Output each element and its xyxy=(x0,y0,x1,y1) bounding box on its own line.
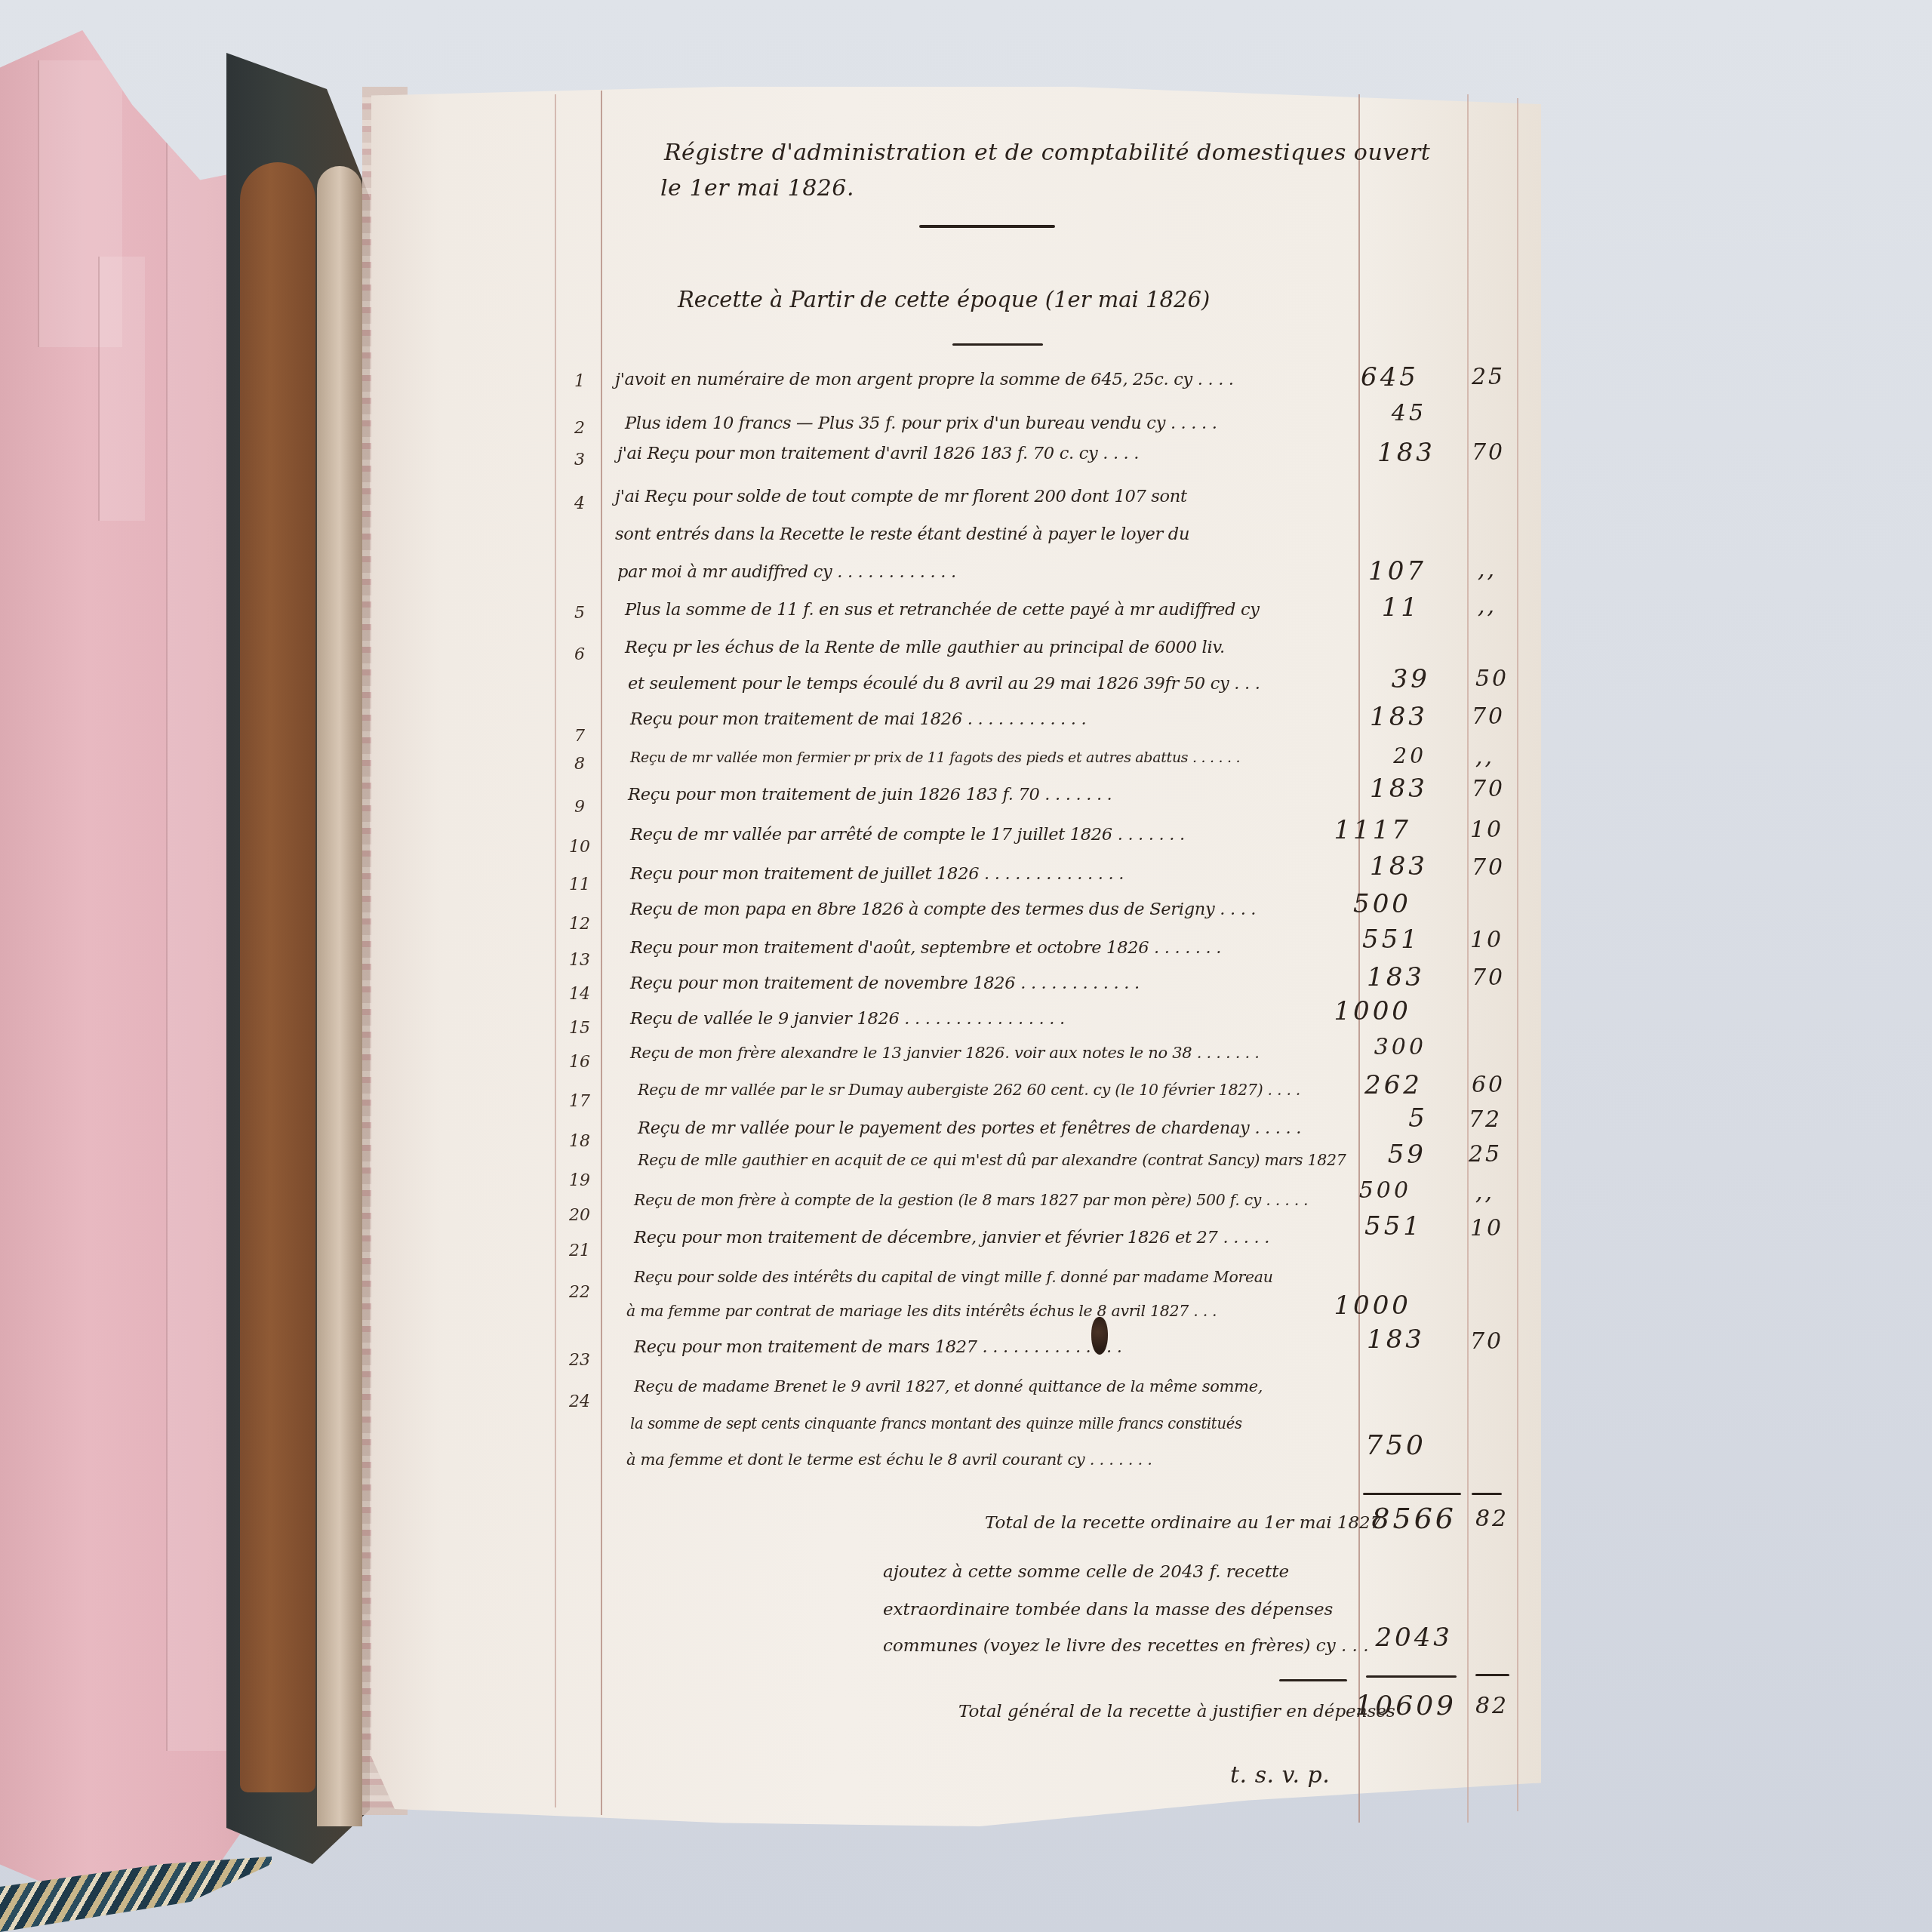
entry-text: Plus la somme de 11 f. en sus et retranc… xyxy=(625,600,1260,620)
entry-text: j'avoit en numéraire de mon argent propr… xyxy=(615,370,1234,389)
extra-receipt-line: extraordinaire tombée dans la masse des … xyxy=(883,1600,1333,1620)
entry-francs: 107 xyxy=(1313,556,1426,586)
margin-rule-inner xyxy=(601,91,602,1815)
title-underline xyxy=(919,225,1055,228)
total-rule-centimes xyxy=(1472,1493,1502,1495)
entry-number: 15 xyxy=(565,1019,595,1038)
total-rule-francs xyxy=(1363,1493,1461,1495)
entry-centimes: 25 xyxy=(1469,1141,1521,1168)
entry-text: j'ai Reçu pour mon traitement d'avril 18… xyxy=(617,444,1139,463)
entry-centimes: 10 xyxy=(1470,1215,1523,1241)
entry-francs: 300 xyxy=(1313,1034,1426,1060)
torn-page-fragment xyxy=(98,257,145,521)
entry-text: Reçu de mr vallée pour le payement des p… xyxy=(638,1118,1301,1138)
entry-number: 10 xyxy=(565,838,595,857)
entry-number: 5 xyxy=(565,604,595,623)
entry-number: 3 xyxy=(565,451,595,469)
entry-number: 4 xyxy=(565,494,595,513)
entry-centimes: 50 xyxy=(1475,666,1528,692)
entry-text: Reçu de mlle gauthier en acquit de ce qu… xyxy=(638,1151,1346,1169)
entry-francs: 183 xyxy=(1315,702,1428,732)
entry-text: Reçu pour mon traitement de juillet 1826… xyxy=(630,864,1124,884)
entry-text: Reçu de mr vallée par le sr Dumay auberg… xyxy=(638,1081,1300,1099)
entry-number: 1 xyxy=(565,372,595,391)
footer-note: t. s. v. p. xyxy=(1230,1762,1330,1789)
subtitle-underline xyxy=(952,343,1043,346)
general-total-label: Total général de la recette à justifier … xyxy=(958,1702,1395,1721)
entry-francs: 551 xyxy=(1307,924,1420,955)
entry-text: par moi à mr audiffred cy . . . . . . . … xyxy=(617,562,956,582)
entry-francs: 45 xyxy=(1313,400,1426,426)
entry-francs: 183 xyxy=(1315,851,1428,881)
entry-francs: 1000 xyxy=(1298,1291,1411,1321)
entry-number: 6 xyxy=(565,645,595,664)
margin-rule-outer xyxy=(555,94,556,1807)
entry-text: Reçu de mr vallée mon fermier pr prix de… xyxy=(630,749,1240,766)
entry-francs: 183 xyxy=(1315,774,1428,804)
entry-number: 20 xyxy=(565,1206,595,1225)
entry-text: Plus idem 10 francs — Plus 35 f. pour pr… xyxy=(625,414,1217,433)
entry-francs: 750 xyxy=(1313,1430,1426,1461)
entry-text: Reçu de madame Brenet le 9 avril 1827, e… xyxy=(634,1377,1263,1395)
general-rule-centimes xyxy=(1475,1674,1509,1676)
entry-number: 7 xyxy=(565,727,595,746)
entry-text: Reçu pour mon traitement de juin 1826 18… xyxy=(628,785,1112,804)
entry-text: Reçu de mon frère à compte de la gestion… xyxy=(634,1191,1308,1209)
entry-number: 14 xyxy=(565,985,595,1004)
entry-centimes: 10 xyxy=(1470,817,1523,843)
general-rule-francs xyxy=(1366,1675,1457,1678)
entry-number: 8 xyxy=(565,755,595,774)
entry-text: Reçu de vallée le 9 janvier 1826 . . . .… xyxy=(630,1009,1065,1029)
spine-lining xyxy=(317,166,362,1826)
entry-number: 12 xyxy=(565,915,595,934)
entry-text: Reçu de mon frère alexandre le 13 janvie… xyxy=(630,1044,1260,1062)
entry-francs: 11 xyxy=(1307,592,1420,623)
entry-text: Reçu pour mon traitement de novembre 182… xyxy=(630,974,1140,993)
entry-centimes: ,, xyxy=(1478,592,1531,619)
entry-francs: 500 xyxy=(1298,889,1411,919)
entry-text: à ma femme et dont le terme est échu le … xyxy=(626,1451,1152,1469)
ordinary-total-label: Total de la recette ordinaire au 1er mai… xyxy=(985,1513,1381,1533)
entry-number: 24 xyxy=(565,1392,595,1411)
entry-number: 19 xyxy=(565,1171,595,1190)
entry-text: à ma femme par contrat de mariage les di… xyxy=(626,1302,1217,1320)
entry-number: 17 xyxy=(565,1092,595,1111)
section-subtitle: Recette à Partir de cette époque (1er ma… xyxy=(678,287,1210,312)
entry-francs: 59 xyxy=(1313,1140,1426,1170)
entry-centimes: 70 xyxy=(1472,854,1524,881)
extra-receipt-francs: 2043 xyxy=(1340,1623,1453,1653)
general-total-centimes: 82 xyxy=(1475,1693,1528,1719)
entry-centimes: 60 xyxy=(1472,1072,1524,1098)
entry-francs: 645 xyxy=(1306,362,1419,392)
centimes-column-rule xyxy=(1467,94,1469,1823)
entry-text: Reçu pour mon traitement de mars 1827 . … xyxy=(634,1337,1122,1357)
entry-number: 23 xyxy=(565,1351,595,1370)
entry-centimes: 70 xyxy=(1472,776,1524,802)
general-total-francs: 10609 xyxy=(1343,1690,1457,1721)
entry-centimes: 70 xyxy=(1470,1328,1523,1355)
entry-text: j'ai Reçu pour solde de tout compte de m… xyxy=(615,487,1187,506)
entry-text: Reçu pr les échus de la Rente de mlle ga… xyxy=(625,638,1225,657)
entry-francs: 1000 xyxy=(1298,996,1411,1026)
entry-number: 22 xyxy=(565,1283,595,1302)
entry-centimes: ,, xyxy=(1478,556,1531,583)
entry-francs: 39 xyxy=(1317,664,1430,694)
entry-text: Reçu de mr vallée par arrêté de compte l… xyxy=(630,825,1185,844)
entry-number: 21 xyxy=(565,1241,595,1260)
right-margin-rule xyxy=(1517,98,1518,1811)
entry-number: 11 xyxy=(565,875,595,894)
entry-francs: 183 xyxy=(1312,1324,1425,1355)
entry-text: Reçu pour mon traitement de décembre, ja… xyxy=(634,1228,1269,1247)
entry-centimes: 72 xyxy=(1469,1106,1521,1133)
extra-receipt-line: communes (voyez le livre des recettes en… xyxy=(883,1636,1369,1656)
entry-number: 2 xyxy=(565,419,595,438)
entry-text: Reçu pour mon traitement d'août, septemb… xyxy=(630,938,1221,958)
entry-centimes: 25 xyxy=(1472,364,1524,390)
entry-text: Reçu pour solde des intérêts du capital … xyxy=(634,1268,1273,1286)
entry-francs: 500 xyxy=(1298,1177,1411,1204)
entry-number: 9 xyxy=(565,798,595,817)
entry-centimes: 70 xyxy=(1472,439,1524,466)
ordinary-total-centimes: 82 xyxy=(1475,1506,1528,1532)
entry-text: Reçu pour mon traitement de mai 1826 . .… xyxy=(630,709,1086,729)
entry-text: la somme de sept cents cinquante francs … xyxy=(630,1415,1242,1432)
entry-francs: 5 xyxy=(1315,1103,1428,1134)
entry-text: sont entrés dans la Recette le reste éta… xyxy=(615,525,1189,544)
entry-francs: 551 xyxy=(1309,1211,1423,1241)
entry-centimes: 70 xyxy=(1472,964,1524,991)
entry-number: 18 xyxy=(565,1132,595,1151)
entry-francs: 1117 xyxy=(1298,815,1411,845)
register-title-line1: Régistre d'administration et de comptabi… xyxy=(664,140,1430,166)
entry-text: Reçu de mon papa en 8bre 1826 à compte d… xyxy=(630,900,1256,919)
entry-centimes: ,, xyxy=(1475,743,1528,770)
entry-number: 16 xyxy=(565,1053,595,1072)
register-title-line2: le 1er mai 1826. xyxy=(660,175,854,202)
ordinary-total-francs: 8566 xyxy=(1343,1502,1457,1535)
spine-board xyxy=(240,162,315,1792)
entry-francs: 183 xyxy=(1322,438,1435,468)
entry-text: et seulement pour le temps écoulé du 8 a… xyxy=(628,674,1260,694)
entry-francs: 262 xyxy=(1309,1070,1423,1100)
entry-francs: 20 xyxy=(1313,743,1426,768)
amount-column-rule xyxy=(1358,94,1360,1823)
entry-centimes: 70 xyxy=(1472,703,1524,730)
entry-centimes: 10 xyxy=(1470,927,1523,953)
entry-number: 13 xyxy=(565,951,595,970)
extra-receipt-line: ajoutez à cette somme celle de 2043 f. r… xyxy=(883,1562,1289,1582)
entry-centimes: ,, xyxy=(1475,1179,1528,1205)
general-rule-label xyxy=(1279,1679,1347,1681)
entry-francs: 183 xyxy=(1312,962,1425,992)
